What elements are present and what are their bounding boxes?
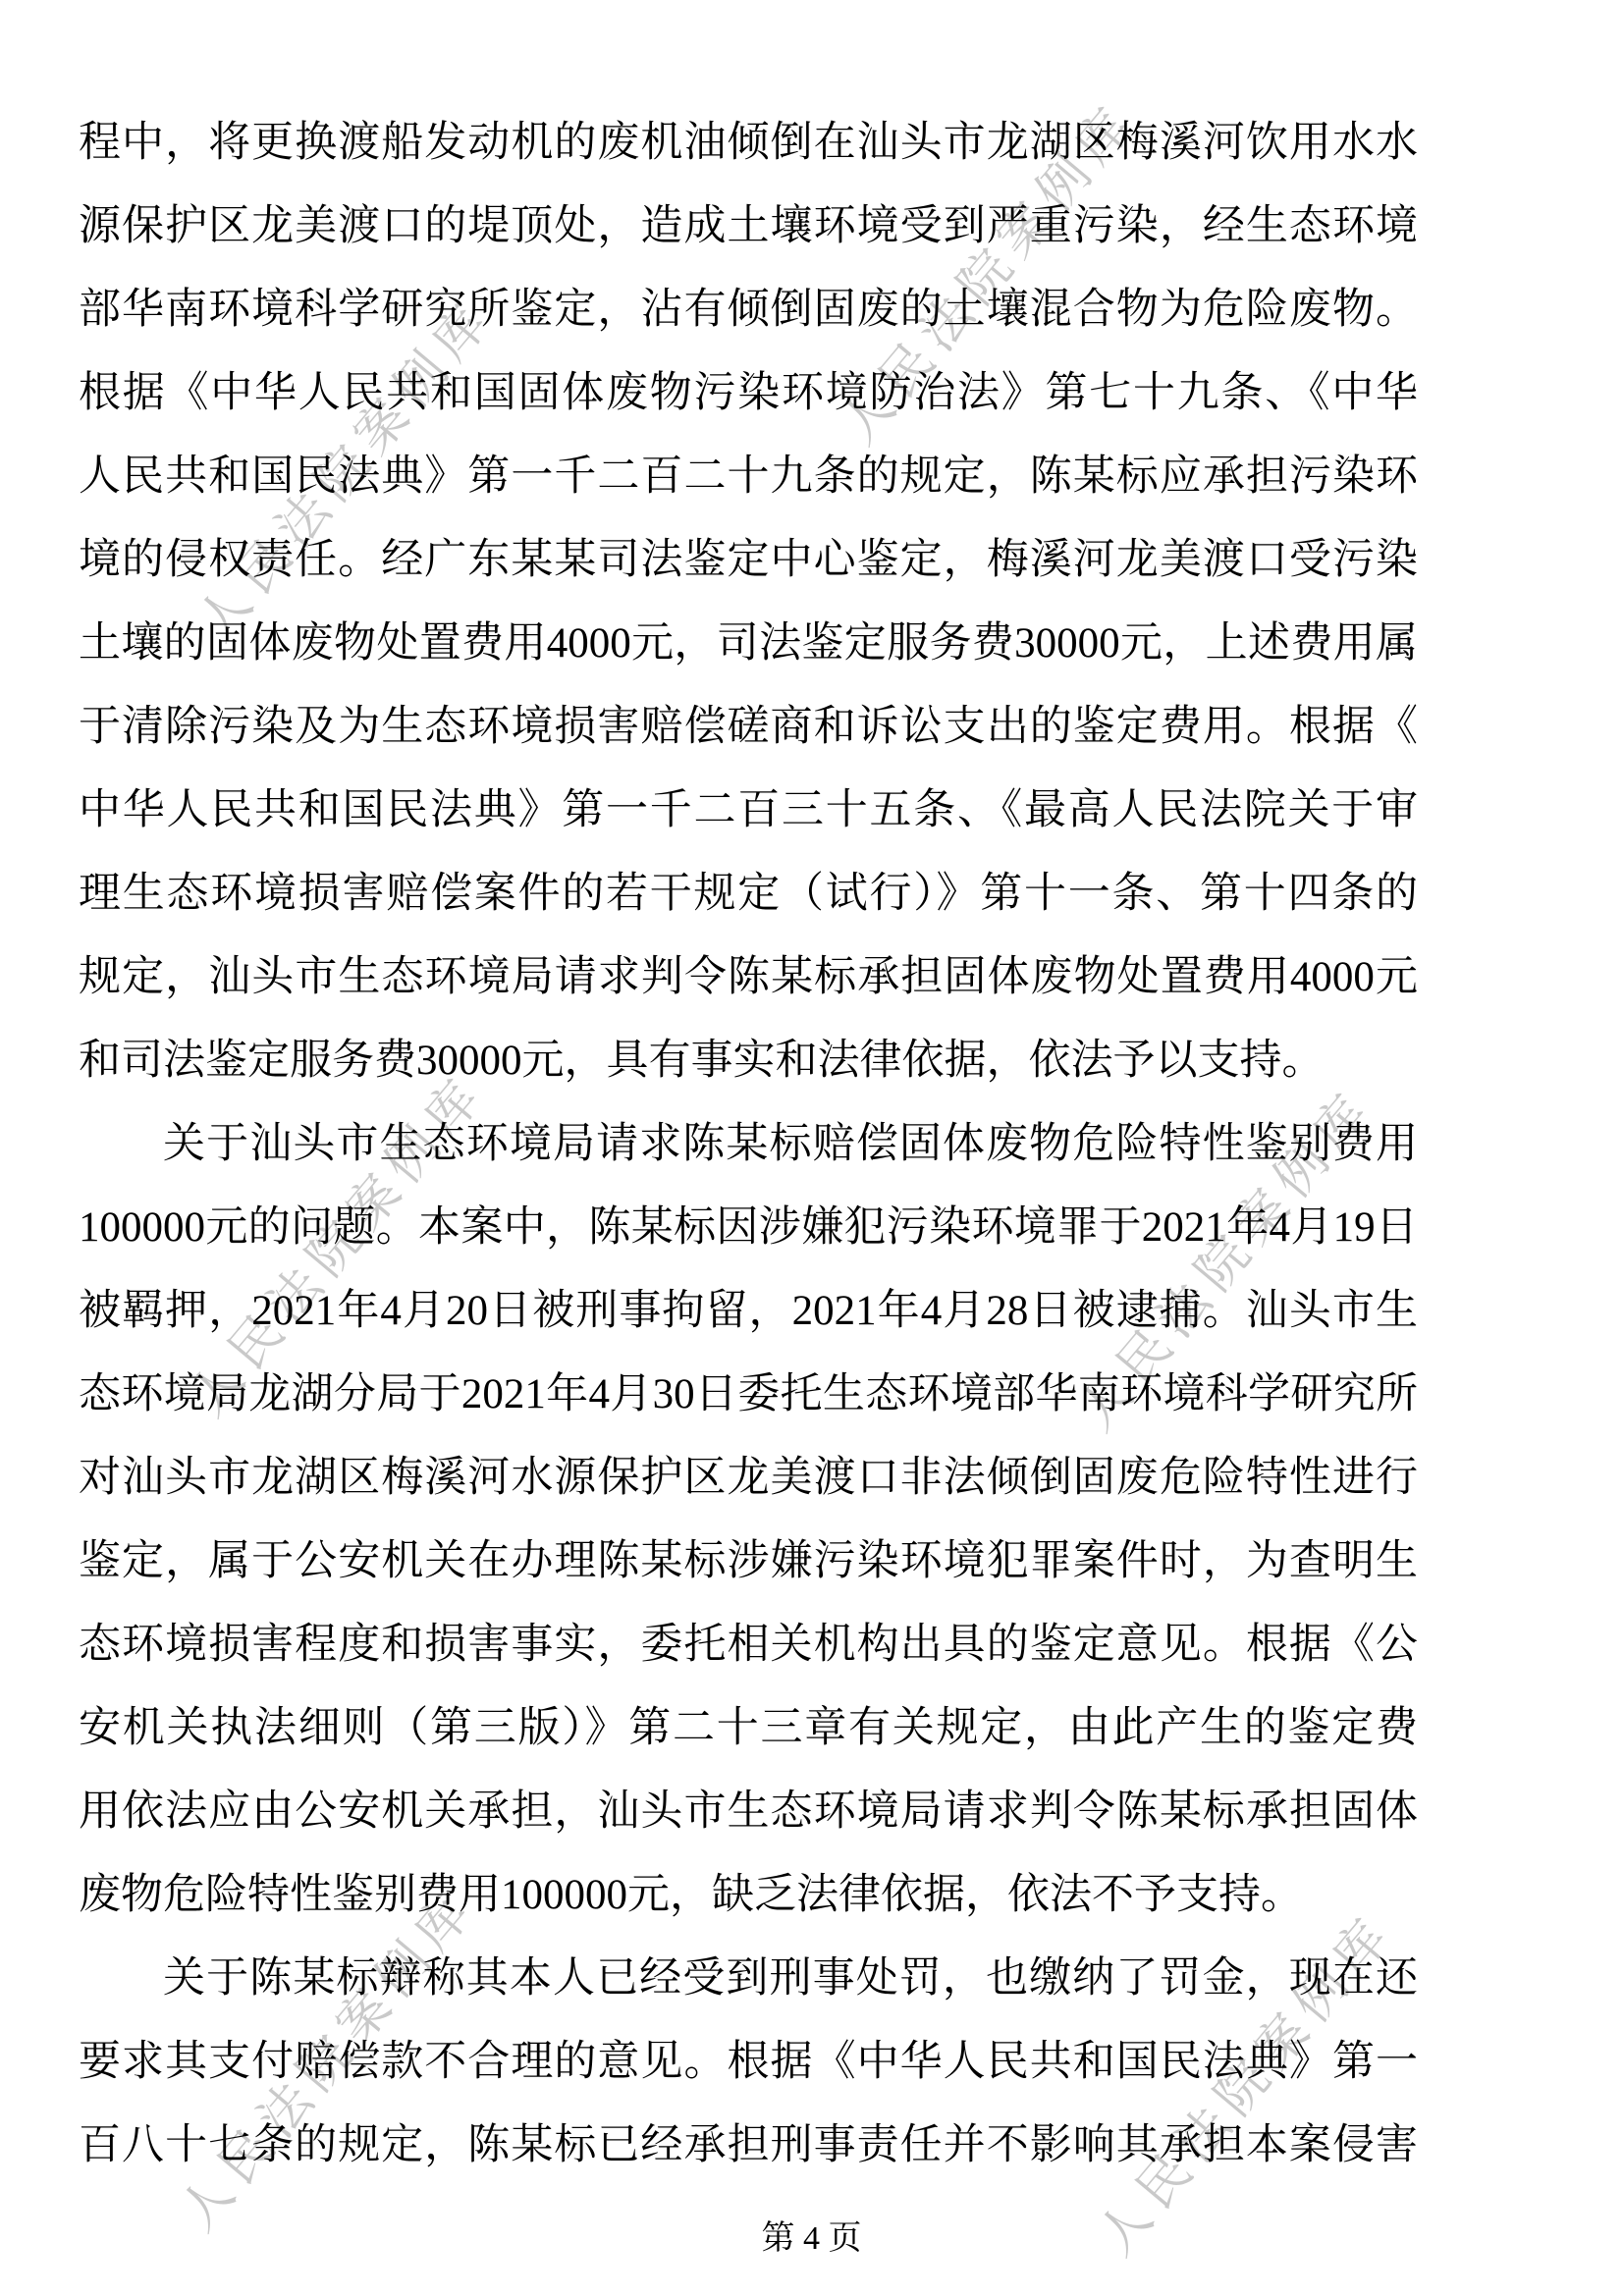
text-line: 关于汕头市生态环境局请求陈某标赔偿固体废物危险特性鉴别费用 bbox=[79, 1102, 1418, 1186]
text-line: 土壤的固体废物处置费用4000元，司法鉴定服务费30000元，上述费用属 bbox=[79, 602, 1418, 685]
text-line: 源保护区龙美渡口的堤顶处，造成土壤环境受到严重污染，经生态环境 bbox=[79, 185, 1418, 268]
text-line: 规定，汕头市生态环境局请求判令陈某标承担固体废物处置费用4000元 bbox=[79, 935, 1418, 1019]
page-footer: 第 4 页 bbox=[0, 2211, 1623, 2259]
text-line: 态环境损害程度和损害事实，委托相关机构出具的鉴定意见。根据《公 bbox=[79, 1603, 1418, 1686]
text-line: 根据《中华人民共和国固体废物污染环境防治法》第七十九条、《中华 bbox=[79, 351, 1418, 435]
text-line: 用依法应由公安机关承担，汕头市生态环境局请求判令陈某标承担固体 bbox=[79, 1770, 1418, 1853]
text-line: 中华人民共和国民法典》第一千二百三十五条、《最高人民法院关于审 bbox=[79, 769, 1418, 852]
text-line: 关于陈某标辩称其本人已经受到刑事处罚，也缴纳了罚金，现在还 bbox=[79, 1937, 1418, 2020]
text-line: 鉴定，属于公安机关在办理陈某标涉嫌污染环境犯罪案件时，为查明生 bbox=[79, 1520, 1418, 1603]
text-line: 100000元的问题。本案中，陈某标因涉嫌犯污染环境罪于2021年4月19日 bbox=[79, 1186, 1418, 1269]
text-line: 境的侵权责任。经广东某某司法鉴定中心鉴定，梅溪河龙美渡口受污染 bbox=[79, 518, 1418, 602]
document-page: 人民法院案例库 人民法院案例库 人民法院案例库 人民法院案例库 人民法院案例库 … bbox=[0, 0, 1623, 2296]
text-line: 人民共和国民法典》第一千二百二十九条的规定，陈某标应承担污染环 bbox=[79, 435, 1418, 518]
text-line: 于清除污染及为生态环境损害赔偿磋商和诉讼支出的鉴定费用。根据《 bbox=[79, 685, 1418, 769]
text-line: 态环境局龙湖分局于2021年4月30日委托生态环境部华南环境科学研究所 bbox=[79, 1353, 1418, 1436]
text-line: 程中，将更换渡船发动机的废机油倾倒在汕头市龙湖区梅溪河饮用水水 bbox=[79, 101, 1418, 185]
text-line: 百八十七条的规定，陈某标已经承担刑事责任并不影响其承担本案侵害 bbox=[79, 2104, 1418, 2187]
text-line: 废物危险特性鉴别费用100000元，缺乏法律依据，依法不予支持。 bbox=[79, 1853, 1418, 1937]
text-line: 理生态环境损害赔偿案件的若干规定（试行）》第十一条、第十四条的 bbox=[79, 852, 1418, 935]
text-line: 被羁押，2021年4月20日被刑事拘留，2021年4月28日被逮捕。汕头市生 bbox=[79, 1269, 1418, 1353]
text-line: 要求其支付赔偿款不合理的意见。根据《中华人民共和国民法典》第一 bbox=[79, 2020, 1418, 2104]
document-body: 程中，将更换渡船发动机的废机油倾倒在汕头市龙湖区梅溪河饮用水水源保护区龙美渡口的… bbox=[79, 101, 1418, 2187]
text-line: 部华南环境科学研究所鉴定，沾有倾倒固废的土壤混合物为危险废物。 bbox=[79, 268, 1418, 351]
text-line: 安机关执法细则（第三版）》第二十三章有关规定，由此产生的鉴定费 bbox=[79, 1686, 1418, 1770]
text-line: 和司法鉴定服务费30000元，具有事实和法律依据，依法予以支持。 bbox=[79, 1019, 1418, 1102]
text-line: 对汕头市龙湖区梅溪河水源保护区龙美渡口非法倾倒固废危险特性进行 bbox=[79, 1436, 1418, 1520]
